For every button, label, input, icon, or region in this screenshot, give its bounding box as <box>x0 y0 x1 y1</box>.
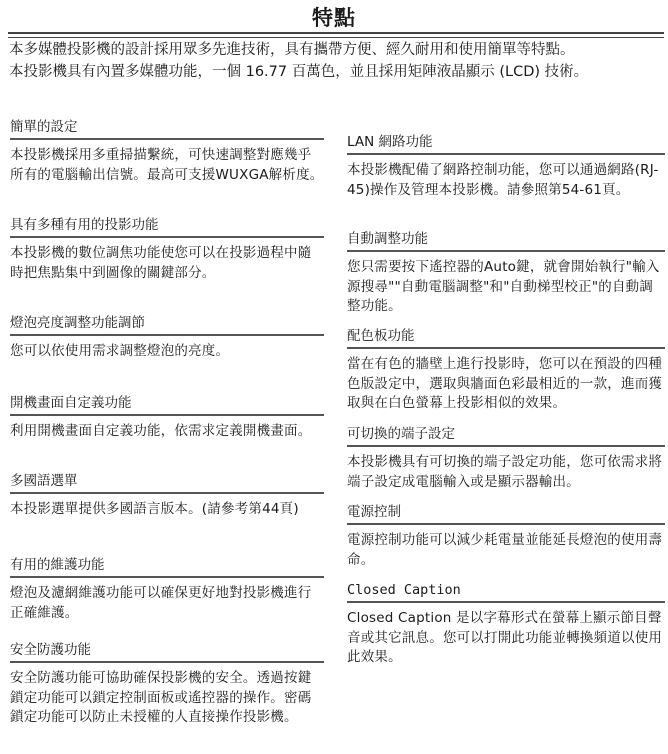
section-heading: 安全防護功能 <box>10 641 324 663</box>
section-startup-screen: 開機畫面自定義功能 利用開機畫面自定義功能，依需求定義開機畫面。 <box>10 394 324 442</box>
intro-paragraph: 本多媒體投影機的設計採用眾多先進技術，具有攜帶方便、經久耐用和使用簡單等特點。 … <box>9 39 668 83</box>
section-body: Closed Caption 是以字幕形式在螢幕上顯示節目聲音或其它訊息。您可以… <box>347 609 665 668</box>
section-body: 您可以依使用需求調整燈泡的亮度。 <box>10 342 324 362</box>
section-color-board: 配色板功能 當在有色的牆壁上進行投影時，您可以在預設的四種色版設定中，選取與牆面… <box>347 327 665 414</box>
page-title: 特點 <box>0 2 668 32</box>
section-heading: 自動調整功能 <box>347 230 665 252</box>
section-security: 安全防護功能 安全防護功能可協助確保投影機的安全。透過按鍵鎖定功能可以鎖定控制面… <box>10 641 324 728</box>
section-heading: 多國語選單 <box>10 472 324 494</box>
section-heading: 配色板功能 <box>347 327 665 349</box>
section-switchable-terminal: 可切換的端子設定 本投影機具有可切換的端子設定功能，您可依需求將端子設定成電腦輸… <box>347 425 665 492</box>
section-heading: LAN 網路功能 <box>347 133 665 155</box>
section-power-control: 電源控制 電源控制功能可以減少耗電量並能延長燈泡的使用壽命。 <box>347 503 665 570</box>
section-heading: 有用的維護功能 <box>10 556 324 578</box>
section-heading: 開機畫面自定義功能 <box>10 394 324 416</box>
section-heading: Closed Caption <box>347 581 665 603</box>
section-heading: 簡單的設定 <box>10 118 324 140</box>
section-body: 本投影機配備了網路控制功能，您可以通過網路(RJ-45)操作及管理本投影機。請參… <box>347 161 665 200</box>
section-body: 您只需要按下遙控器的Auto鍵，就會開始執行"輸入源搜尋""自動電腦調整"和"自… <box>347 258 665 317</box>
section-easy-setup: 簡單的設定 本投影機採用多重掃描繫統，可快速調整對應幾乎所有的電腦輸出信號。最高… <box>10 118 324 185</box>
section-heading: 燈泡亮度調整功能調節 <box>10 314 324 336</box>
section-multilanguage-menu: 多國語選單 本投影選單提供多國語言版本。(請參考第44頁) <box>10 472 324 520</box>
intro-line-1: 本多媒體投影機的設計採用眾多先進技術，具有攜帶方便、經久耐用和使用簡單等特點。 <box>9 39 668 61</box>
section-body: 安全防護功能可協助確保投影機的安全。透過按鍵鎖定功能可以鎖定控制面板或遙控器的操… <box>10 669 324 728</box>
section-auto-adjust: 自動調整功能 您只需要按下遙控器的Auto鍵，就會開始執行"輸入源搜尋""自動電… <box>347 230 665 317</box>
intro-line-2: 本投影機具有內置多媒體功能，一個 16.77 百萬色，並且採用矩陣液晶顯示 (L… <box>9 61 668 83</box>
section-projection-functions: 具有多種有用的投影功能 本投影機的數位調焦功能使您可以在投影過程中隨時把焦點集中… <box>10 216 324 283</box>
section-body: 燈泡及濾網維護功能可以確保更好地對投影機進行正確維護。 <box>10 584 324 623</box>
section-body: 本投影選單提供多國語言版本。(請參考第44頁) <box>10 500 324 520</box>
section-body: 本投影機採用多重掃描繫統，可快速調整對應幾乎所有的電腦輸出信號。最高可支援WUX… <box>10 146 324 185</box>
section-maintenance: 有用的維護功能 燈泡及濾網維護功能可以確保更好地對投影機進行正確維護。 <box>10 556 324 623</box>
section-body: 本投影機具有可切換的端子設定功能，您可依需求將端子設定成電腦輸入或是顯示器輸出。 <box>347 453 665 492</box>
section-heading: 電源控制 <box>347 503 665 525</box>
section-closed-caption: Closed Caption Closed Caption 是以字幕形式在螢幕上… <box>347 581 665 668</box>
section-lamp-brightness: 燈泡亮度調整功能調節 您可以依使用需求調整燈泡的亮度。 <box>10 314 324 362</box>
section-body: 當在有色的牆壁上進行投影時，您可以在預設的四種色版設定中，選取與牆面色彩最相近的… <box>347 355 665 414</box>
section-body: 利用開機畫面自定義功能，依需求定義開機畫面。 <box>10 422 324 442</box>
section-body: 本投影機的數位調焦功能使您可以在投影過程中隨時把焦點集中到圖像的關鍵部分。 <box>10 244 324 283</box>
title-divider <box>8 32 664 38</box>
section-lan-network: LAN 網路功能 本投影機配備了網路控制功能，您可以通過網路(RJ-45)操作及… <box>347 133 665 200</box>
section-body: 電源控制功能可以減少耗電量並能延長燈泡的使用壽命。 <box>347 531 665 570</box>
section-heading: 可切換的端子設定 <box>347 425 665 447</box>
section-heading: 具有多種有用的投影功能 <box>10 216 324 238</box>
